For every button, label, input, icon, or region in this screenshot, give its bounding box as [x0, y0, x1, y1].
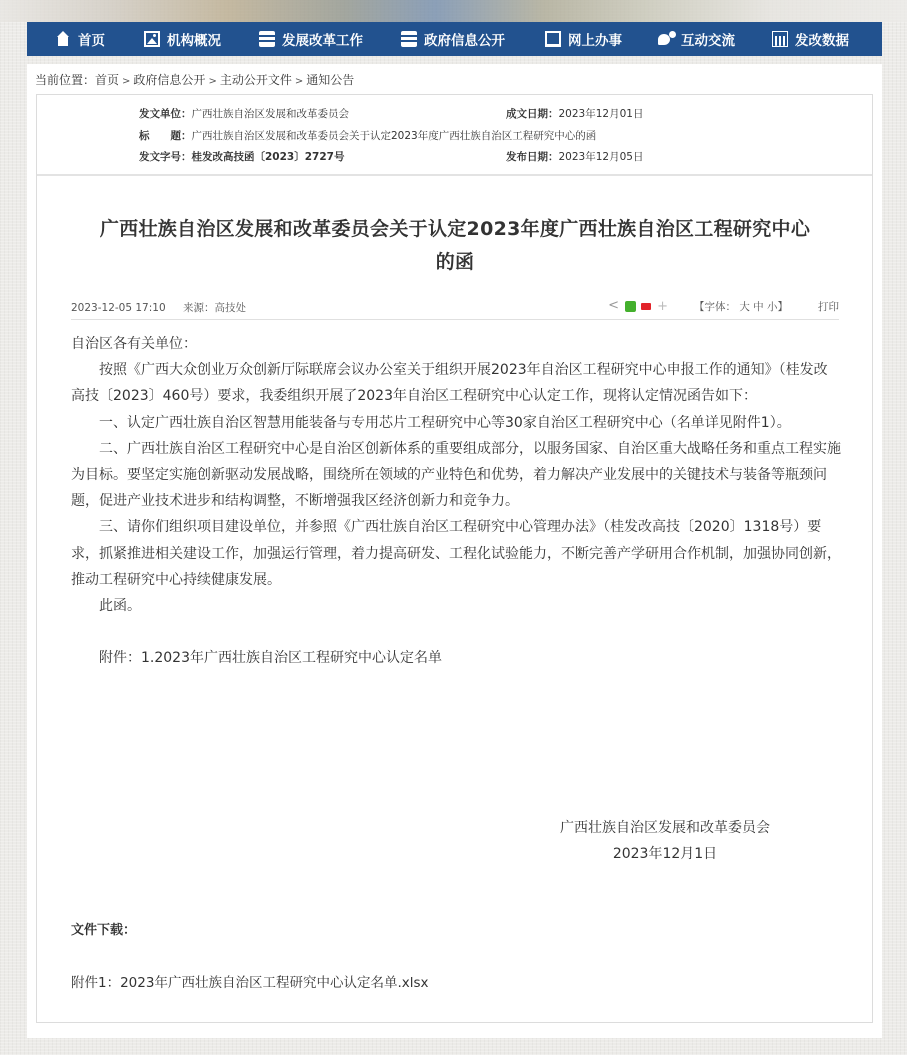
article-title-line2: 的函 [436, 251, 475, 273]
nav-item-home[interactable]: 首页 [55, 29, 144, 49]
meta-doc-no-value: 桂发改高技函〔2023〕2727号 [192, 151, 345, 163]
breadcrumb-home[interactable]: 首页 [95, 73, 119, 87]
nav-item-reform-work[interactable]: 发展改革工作 [259, 29, 401, 49]
nav-item-gov-info[interactable]: 政府信息公开 [401, 29, 545, 49]
nav-label: 发改数据 [795, 29, 849, 49]
signature-block: 广西壮族自治区发展和改革委员会 2023年12月1日 [550, 815, 780, 867]
meta-created-label: 成文日期： [506, 108, 559, 120]
nav-label: 政府信息公开 [424, 29, 505, 49]
chat-icon [658, 31, 674, 47]
article-info-bar: 2023-12-05 17:10 来源：高技处 + 【字体： 大 中 小】 打印 [71, 292, 839, 320]
nav-label: 机构概况 [167, 29, 221, 49]
paragraph: 三、请你们组织项目建设单位，并参照《广西壮族自治区工程研究中心管理办法》（桂发改… [71, 514, 841, 593]
font-size-small[interactable]: 小 [767, 301, 778, 313]
salutation: 自治区各有关单位： [71, 331, 841, 357]
meta-created-value: 2023年12月01日 [559, 108, 644, 120]
meta-published: 发布日期：2023年12月05日 [506, 149, 643, 164]
cabinet-icon [259, 31, 275, 47]
bar-chart-icon [772, 31, 788, 47]
content-page: 当前位置：首页>政府信息公开>主动公开文件>通知公告 发文单位：广西壮族自治区发… [27, 64, 882, 1038]
breadcrumb-separator: > [208, 76, 216, 87]
article-title: 广西壮族自治区发展和改革委员会关于认定2023年度广西壮族自治区工程研究中心 的… [65, 213, 845, 279]
nav-item-organization[interactable]: 机构概况 [144, 29, 259, 49]
cabinet-icon [401, 31, 417, 47]
breadcrumb-separator: > [295, 76, 303, 87]
paragraph-closing: 此函。 [71, 593, 841, 619]
download-label: 文件下载： [71, 919, 136, 938]
paragraph: 一、认定广西壮族自治区智慧用能装备与专用芯片工程研究中心等30家自治区工程研究中… [71, 410, 841, 436]
breadcrumb-prefix: 当前位置： [35, 73, 95, 87]
breadcrumb-separator: > [122, 76, 130, 87]
article-title-line1: 广西壮族自治区发展和改革委员会关于认定2023年度广西壮族自治区工程研究中心 [100, 218, 810, 240]
print-button[interactable]: 打印 [818, 299, 839, 314]
nav-label: 互动交流 [681, 29, 735, 49]
font-size-large[interactable]: 大 [739, 301, 750, 313]
meta-doc-no: 发文字号：桂发改高技函〔2023〕2727号 [139, 149, 344, 164]
main-nav: 首页 机构概况 发展改革工作 政府信息公开 网上办事 互动交流 发改数据 [27, 22, 882, 56]
article-container: 发文单位：广西壮族自治区发展和改革委员会 成文日期：2023年12月01日 标 … [36, 94, 873, 1023]
attachment-download-link[interactable]: 附件1：2023年广西壮族自治区工程研究中心认定名单.xlsx [71, 971, 429, 991]
font-size-control: 【字体： 大 中 小】 [694, 299, 788, 314]
font-size-label: 【字体： [694, 301, 736, 313]
nav-item-data[interactable]: 发改数据 [772, 29, 849, 49]
meta-doc-no-label: 发文字号： [139, 151, 192, 163]
breadcrumb: 当前位置：首页>政府信息公开>主动公开文件>通知公告 [35, 71, 354, 88]
signature-date: 2023年12月1日 [550, 841, 780, 867]
attachment-note: 附件：1.2023年广西壮族自治区工程研究中心认定名单 [71, 645, 841, 671]
paragraph: 按照《广西大众创业万众创新厅际联席会议办公室关于组织开展2023年自治区工程研究… [71, 357, 841, 409]
source-label: 来源： [183, 302, 215, 314]
nav-item-online-service[interactable]: 网上办事 [545, 29, 658, 49]
header-banner [0, 0, 907, 22]
more-share-icon[interactable]: + [657, 299, 668, 314]
meta-title: 标 题：广西壮族自治区发展和改革委员会关于认定2023年度广西壮族自治区工程研究… [139, 128, 596, 143]
source-value: 高技处 [214, 302, 246, 314]
paragraph: 二、广西壮族自治区工程研究中心是自治区创新体系的重要组成部分，以服务国家、自治区… [71, 436, 841, 515]
meta-published-label: 发布日期： [506, 151, 559, 163]
nav-label: 首页 [78, 29, 105, 49]
article-body: 自治区各有关单位： 按照《广西大众创业万众创新厅际联席会议办公室关于组织开展20… [71, 331, 841, 671]
nav-item-interaction[interactable]: 互动交流 [658, 29, 772, 49]
image-icon [144, 31, 160, 47]
signature-org: 广西壮族自治区发展和改革委员会 [550, 815, 780, 841]
nav-label: 网上办事 [568, 29, 622, 49]
weibo-share-icon[interactable] [641, 303, 651, 310]
meta-issuer-label: 发文单位： [139, 108, 192, 120]
meta-title-label: 标 题： [139, 130, 192, 142]
meta-issuer-value: 广西壮族自治区发展和改革委员会 [192, 108, 350, 120]
breadcrumb-notices[interactable]: 通知公告 [306, 73, 354, 87]
nav-label: 发展改革工作 [282, 29, 363, 49]
share-icon[interactable] [608, 301, 620, 313]
meta-published-value: 2023年12月05日 [559, 151, 644, 163]
meta-created: 成文日期：2023年12月01日 [506, 106, 643, 121]
monitor-icon [545, 31, 561, 47]
breadcrumb-gov-info[interactable]: 政府信息公开 [133, 73, 205, 87]
font-size-medium[interactable]: 中 [753, 301, 764, 313]
document-metadata: 发文单位：广西壮族自治区发展和改革委员会 成文日期：2023年12月01日 标 … [37, 95, 872, 176]
wechat-share-icon[interactable] [625, 301, 636, 312]
breadcrumb-public-docs[interactable]: 主动公开文件 [220, 73, 292, 87]
meta-title-value: 广西壮族自治区发展和改革委员会关于认定2023年度广西壮族自治区工程研究中心的函 [192, 130, 597, 142]
home-icon [55, 31, 71, 47]
publish-datetime: 2023-12-05 17:10 [71, 302, 166, 314]
font-size-bracket: 】 [778, 301, 789, 313]
meta-issuer: 发文单位：广西壮族自治区发展和改革委员会 [139, 106, 349, 121]
